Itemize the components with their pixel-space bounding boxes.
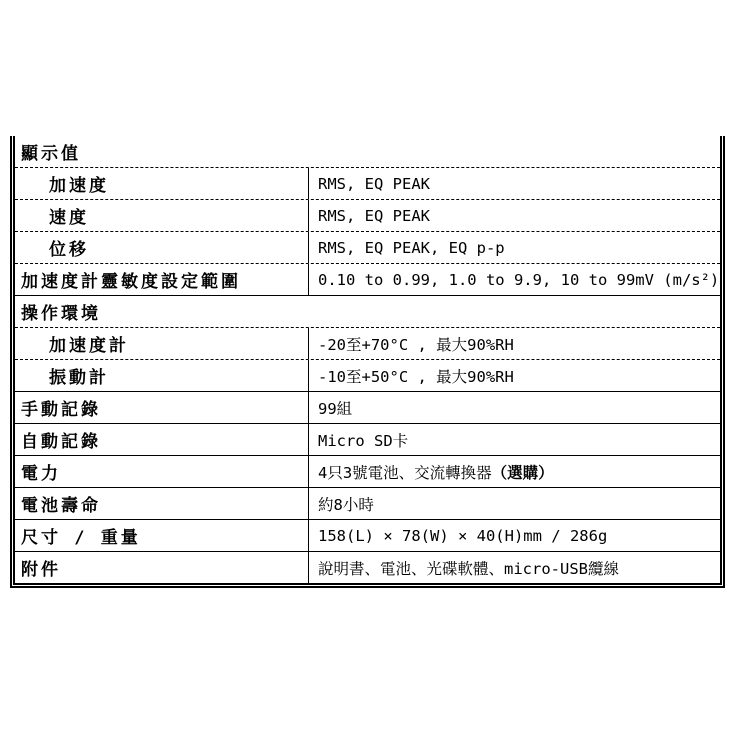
row-value: 0.10 to 0.99, 1.0 to 9.9, 10 to 99mV (m/… (308, 264, 720, 295)
value-text: 約8小時 (318, 493, 374, 515)
value-text: 說明書、電池、光碟軟體、micro-USB纜線 (318, 557, 619, 579)
spec-row: 電力4只3號電池、交流轉換器 （選購） (15, 455, 720, 487)
value-text-bold: （選購） (492, 461, 554, 483)
spec-row: 手動記錄99組 (15, 391, 720, 423)
value-text: Micro SD卡 (318, 429, 408, 451)
value-text: 158(L) × 78(W) × 40(H)mm / 286g (318, 527, 607, 545)
spec-row: 尺寸 / 重量158(L) × 78(W) × 40(H)mm / 286g (15, 519, 720, 551)
value-text: 0.10 to 0.99, 1.0 to 9.9, 10 to 99mV (m/… (318, 271, 719, 289)
value-text: RMS, EQ PEAK (318, 207, 430, 225)
spec-row: 電池壽命約8小時 (15, 487, 720, 519)
row-value: -20至+70°C , 最大90%RH (308, 328, 720, 359)
spec-row: 附件說明書、電池、光碟軟體、micro-USB纜線 (15, 551, 720, 583)
row-value: 99組 (308, 392, 720, 423)
row-label: 手動記錄 (15, 392, 308, 423)
spec-row: 加速度計靈敏度設定範圍0.10 to 0.99, 1.0 to 9.9, 10 … (15, 263, 720, 295)
spec-row: 速度RMS, EQ PEAK (15, 199, 720, 231)
spec-row: 位移RMS, EQ PEAK, EQ p-p (15, 231, 720, 263)
row-label: 速度 (15, 200, 308, 231)
section-title: 顯示值 (15, 136, 720, 167)
section-header-row: 顯示值 (15, 136, 720, 167)
section-title: 操作環境 (15, 296, 720, 327)
spec-row: 加速度RMS, EQ PEAK (15, 167, 720, 199)
row-label: 尺寸 / 重量 (15, 520, 308, 551)
spec-table: 顯示值加速度RMS, EQ PEAK速度RMS, EQ PEAK位移RMS, E… (10, 136, 725, 588)
row-label: 附件 (15, 552, 308, 583)
spec-row: 自動記錄Micro SD卡 (15, 423, 720, 455)
page: 顯示值加速度RMS, EQ PEAK速度RMS, EQ PEAK位移RMS, E… (0, 0, 735, 735)
spec-row: 加速度計-20至+70°C , 最大90%RH (15, 327, 720, 359)
row-label: 加速度 (15, 168, 308, 199)
row-label: 位移 (15, 232, 308, 263)
row-value: RMS, EQ PEAK, EQ p-p (308, 232, 720, 263)
row-label: 電池壽命 (15, 488, 308, 519)
row-label: 振動計 (15, 360, 308, 391)
row-value: RMS, EQ PEAK (308, 200, 720, 231)
section-header-row: 操作環境 (15, 295, 720, 327)
value-text: 4只3號電池、交流轉換器 (318, 461, 492, 483)
row-value: Micro SD卡 (308, 424, 720, 455)
row-value: RMS, EQ PEAK (308, 168, 720, 199)
value-text: -20至+70°C , 最大90%RH (318, 333, 514, 355)
row-value: 158(L) × 78(W) × 40(H)mm / 286g (308, 520, 720, 551)
value-text: 99組 (318, 397, 352, 419)
row-label: 加速度計靈敏度設定範圍 (15, 264, 308, 295)
spec-row: 振動計-10至+50°C , 最大90%RH (15, 359, 720, 391)
row-label: 自動記錄 (15, 424, 308, 455)
value-text: RMS, EQ PEAK, EQ p-p (318, 239, 505, 257)
value-text: RMS, EQ PEAK (318, 175, 430, 193)
row-value: 說明書、電池、光碟軟體、micro-USB纜線 (308, 552, 720, 583)
value-text: -10至+50°C , 最大90%RH (318, 365, 514, 387)
row-value: 4只3號電池、交流轉換器 （選購） (308, 456, 720, 487)
row-value: -10至+50°C , 最大90%RH (308, 360, 720, 391)
row-label: 電力 (15, 456, 308, 487)
row-label: 加速度計 (15, 328, 308, 359)
row-value: 約8小時 (308, 488, 720, 519)
